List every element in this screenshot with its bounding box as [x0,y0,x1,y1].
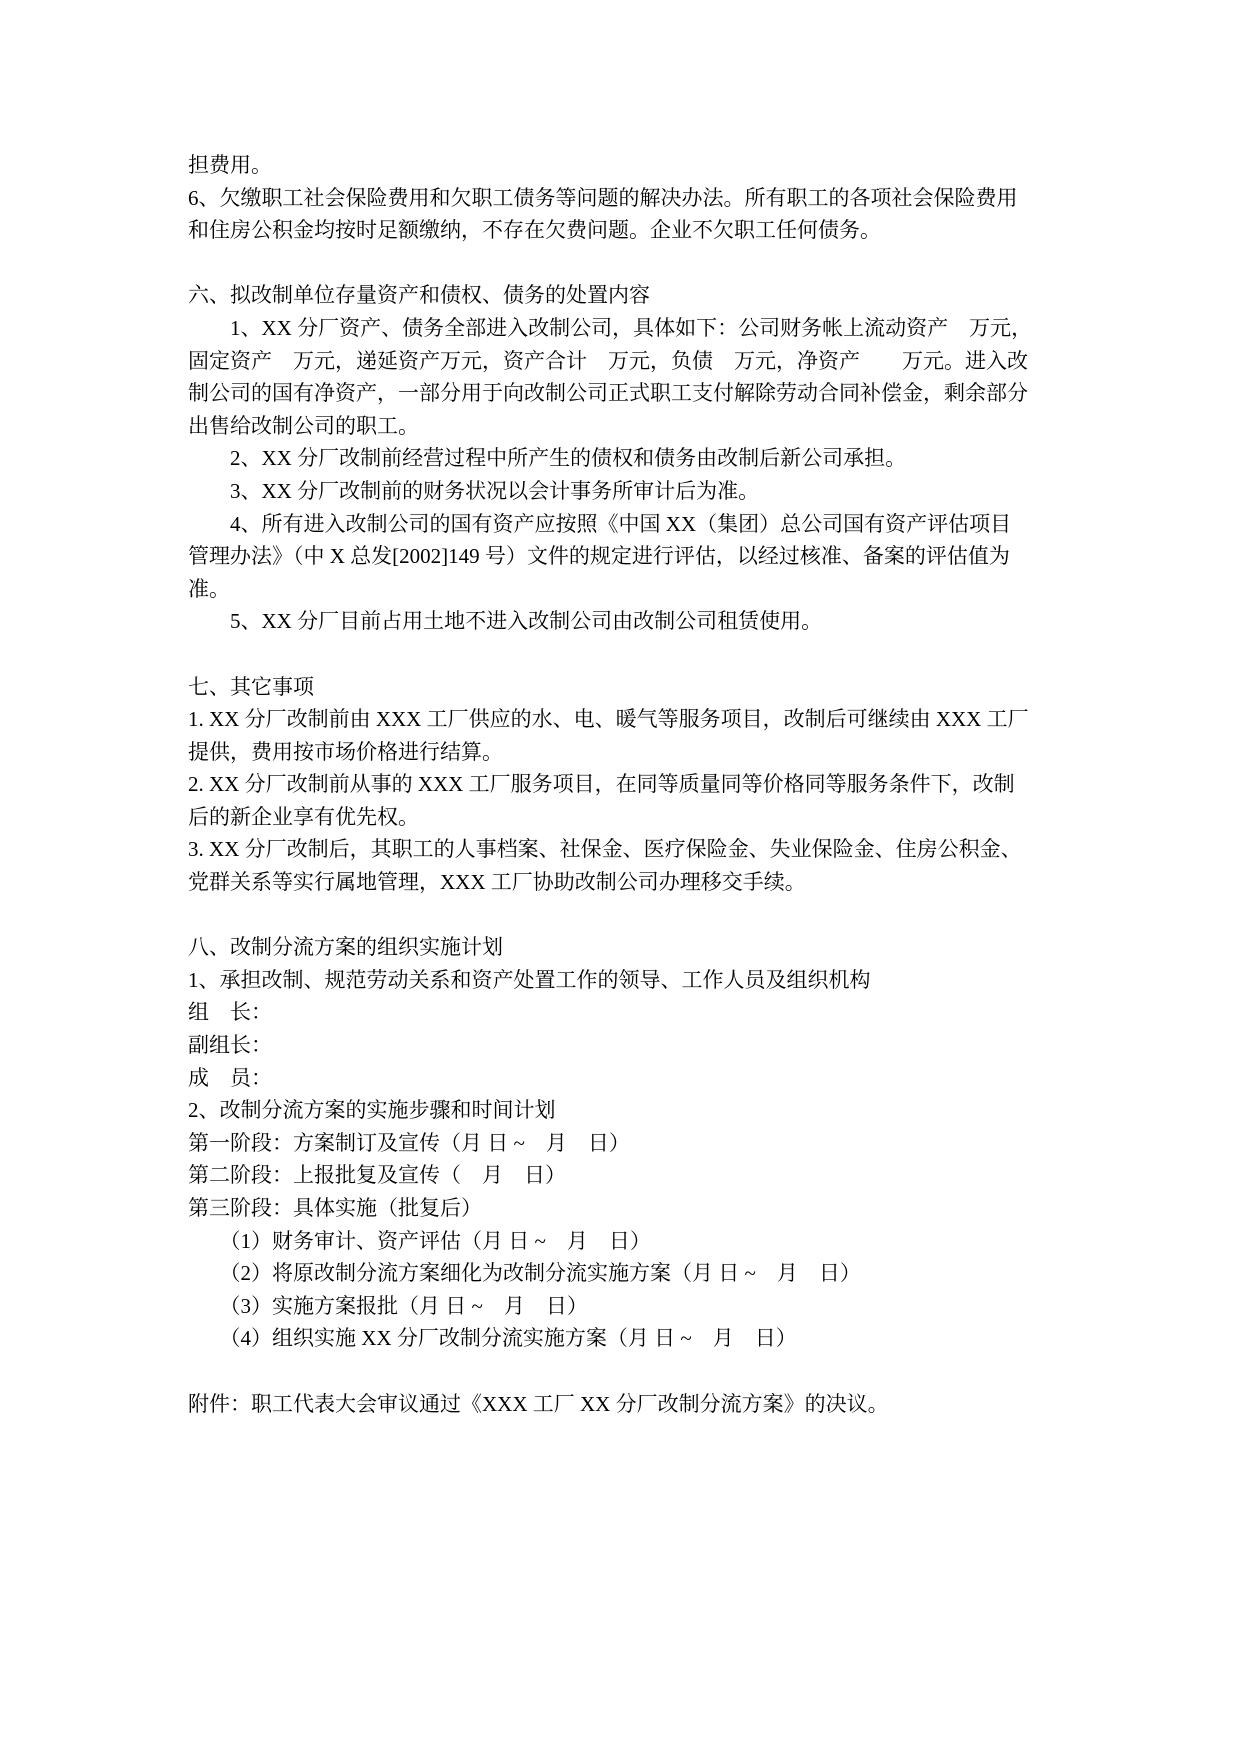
text-line: 副组长： [188,1029,1073,1062]
text-line: 第二阶段：上报批复及宣传（ 月 日） [188,1159,1073,1192]
blank-line [188,247,1073,280]
text-line: 成 员： [188,1062,1073,1095]
document-body: 担费用。6、欠缴职工社会保险费用和欠职工债务等问题的解决办法。所有职工的各项社会… [188,149,1073,1420]
text-line: 党群关系等实行属地管理，XXX 工厂协助改制公司办理移交手续。 [188,866,1073,899]
text-line: 六、拟改制单位存量资产和债权、债务的处置内容 [188,279,1073,312]
text-line: 后的新企业享有优先权。 [188,801,1073,834]
text-line: 固定资产 万元，递延资产万元，资产合计 万元，负债 万元，净资产 万元。进入改 [188,345,1073,378]
text-line: 4、所有进入改制公司的国有资产应按照《中国 XX（集团）总公司国有资产评估项目 [188,508,1073,541]
text-line: 和住房公积金均按时足额缴纳，不存在欠费问题。企业不欠职工任何债务。 [188,214,1073,247]
text-line: 第一阶段：方案制订及宣传（月 日 ~ 月 日） [188,1127,1073,1160]
text-line: 管理办法》（中 X 总发[2002]149 号）文件的规定进行评估，以经过核准、… [188,540,1073,573]
text-line: 组 长： [188,996,1073,1029]
text-line: 准。 [188,573,1073,606]
text-line: 第三阶段：具体实施（批复后） [188,1192,1073,1225]
text-line: 担费用。 [188,149,1073,182]
text-line: （4）组织实施 XX 分厂改制分流实施方案（月 日 ~ 月 日） [188,1322,1073,1355]
text-line: 2、改制分流方案的实施步骤和时间计划 [188,1094,1073,1127]
text-line: 3、XX 分厂改制前的财务状况以会计事务所审计后为准。 [188,475,1073,508]
text-line: 2、XX 分厂改制前经营过程中所产生的债权和债务由改制后新公司承担。 [188,442,1073,475]
text-line: 6、欠缴职工社会保险费用和欠职工债务等问题的解决办法。所有职工的各项社会保险费用 [188,182,1073,215]
blank-line [188,1355,1073,1388]
text-line: （3）实施方案报批（月 日 ~ 月 日） [188,1290,1073,1323]
text-line: 七、其它事项 [188,671,1073,704]
blank-line [188,899,1073,932]
text-line: 5、XX 分厂目前占用土地不进入改制公司由改制公司租赁使用。 [188,605,1073,638]
text-line: 八、改制分流方案的组织实施计划 [188,931,1073,964]
text-line: 1、承担改制、规范劳动关系和资产处置工作的领导、工作人员及组织机构 [188,964,1073,997]
blank-line [188,638,1073,671]
text-line: 1、XX 分厂资产、债务全部进入改制公司，具体如下：公司财务帐上流动资产 万元， [188,312,1073,345]
text-line: （2）将原改制分流方案细化为改制分流实施方案（月 日 ~ 月 日） [188,1257,1073,1290]
text-line: 出售给改制公司的职工。 [188,410,1073,443]
text-line: 3. XX 分厂改制后，其职工的人事档案、社保金、医疗保险金、失业保险金、住房公… [188,833,1073,866]
text-line: 制公司的国有净资产，一部分用于向改制公司正式职工支付解除劳动合同补偿金，剩余部分 [188,377,1073,410]
document-page: 担费用。6、欠缴职工社会保险费用和欠职工债务等问题的解决办法。所有职工的各项社会… [0,0,1241,1754]
text-line: 1. XX 分厂改制前由 XXX 工厂供应的水、电、暖气等服务项目，改制后可继续… [188,703,1073,736]
text-line: 2. XX 分厂改制前从事的 XXX 工厂服务项目，在同等质量同等价格同等服务条… [188,768,1073,801]
text-line: 附件：职工代表大会审议通过《XXX 工厂 XX 分厂改制分流方案》的决议。 [188,1388,1073,1421]
text-line: 提供，费用按市场价格进行结算。 [188,736,1073,769]
text-line: （1）财务审计、资产评估（月 日 ~ 月 日） [188,1225,1073,1258]
